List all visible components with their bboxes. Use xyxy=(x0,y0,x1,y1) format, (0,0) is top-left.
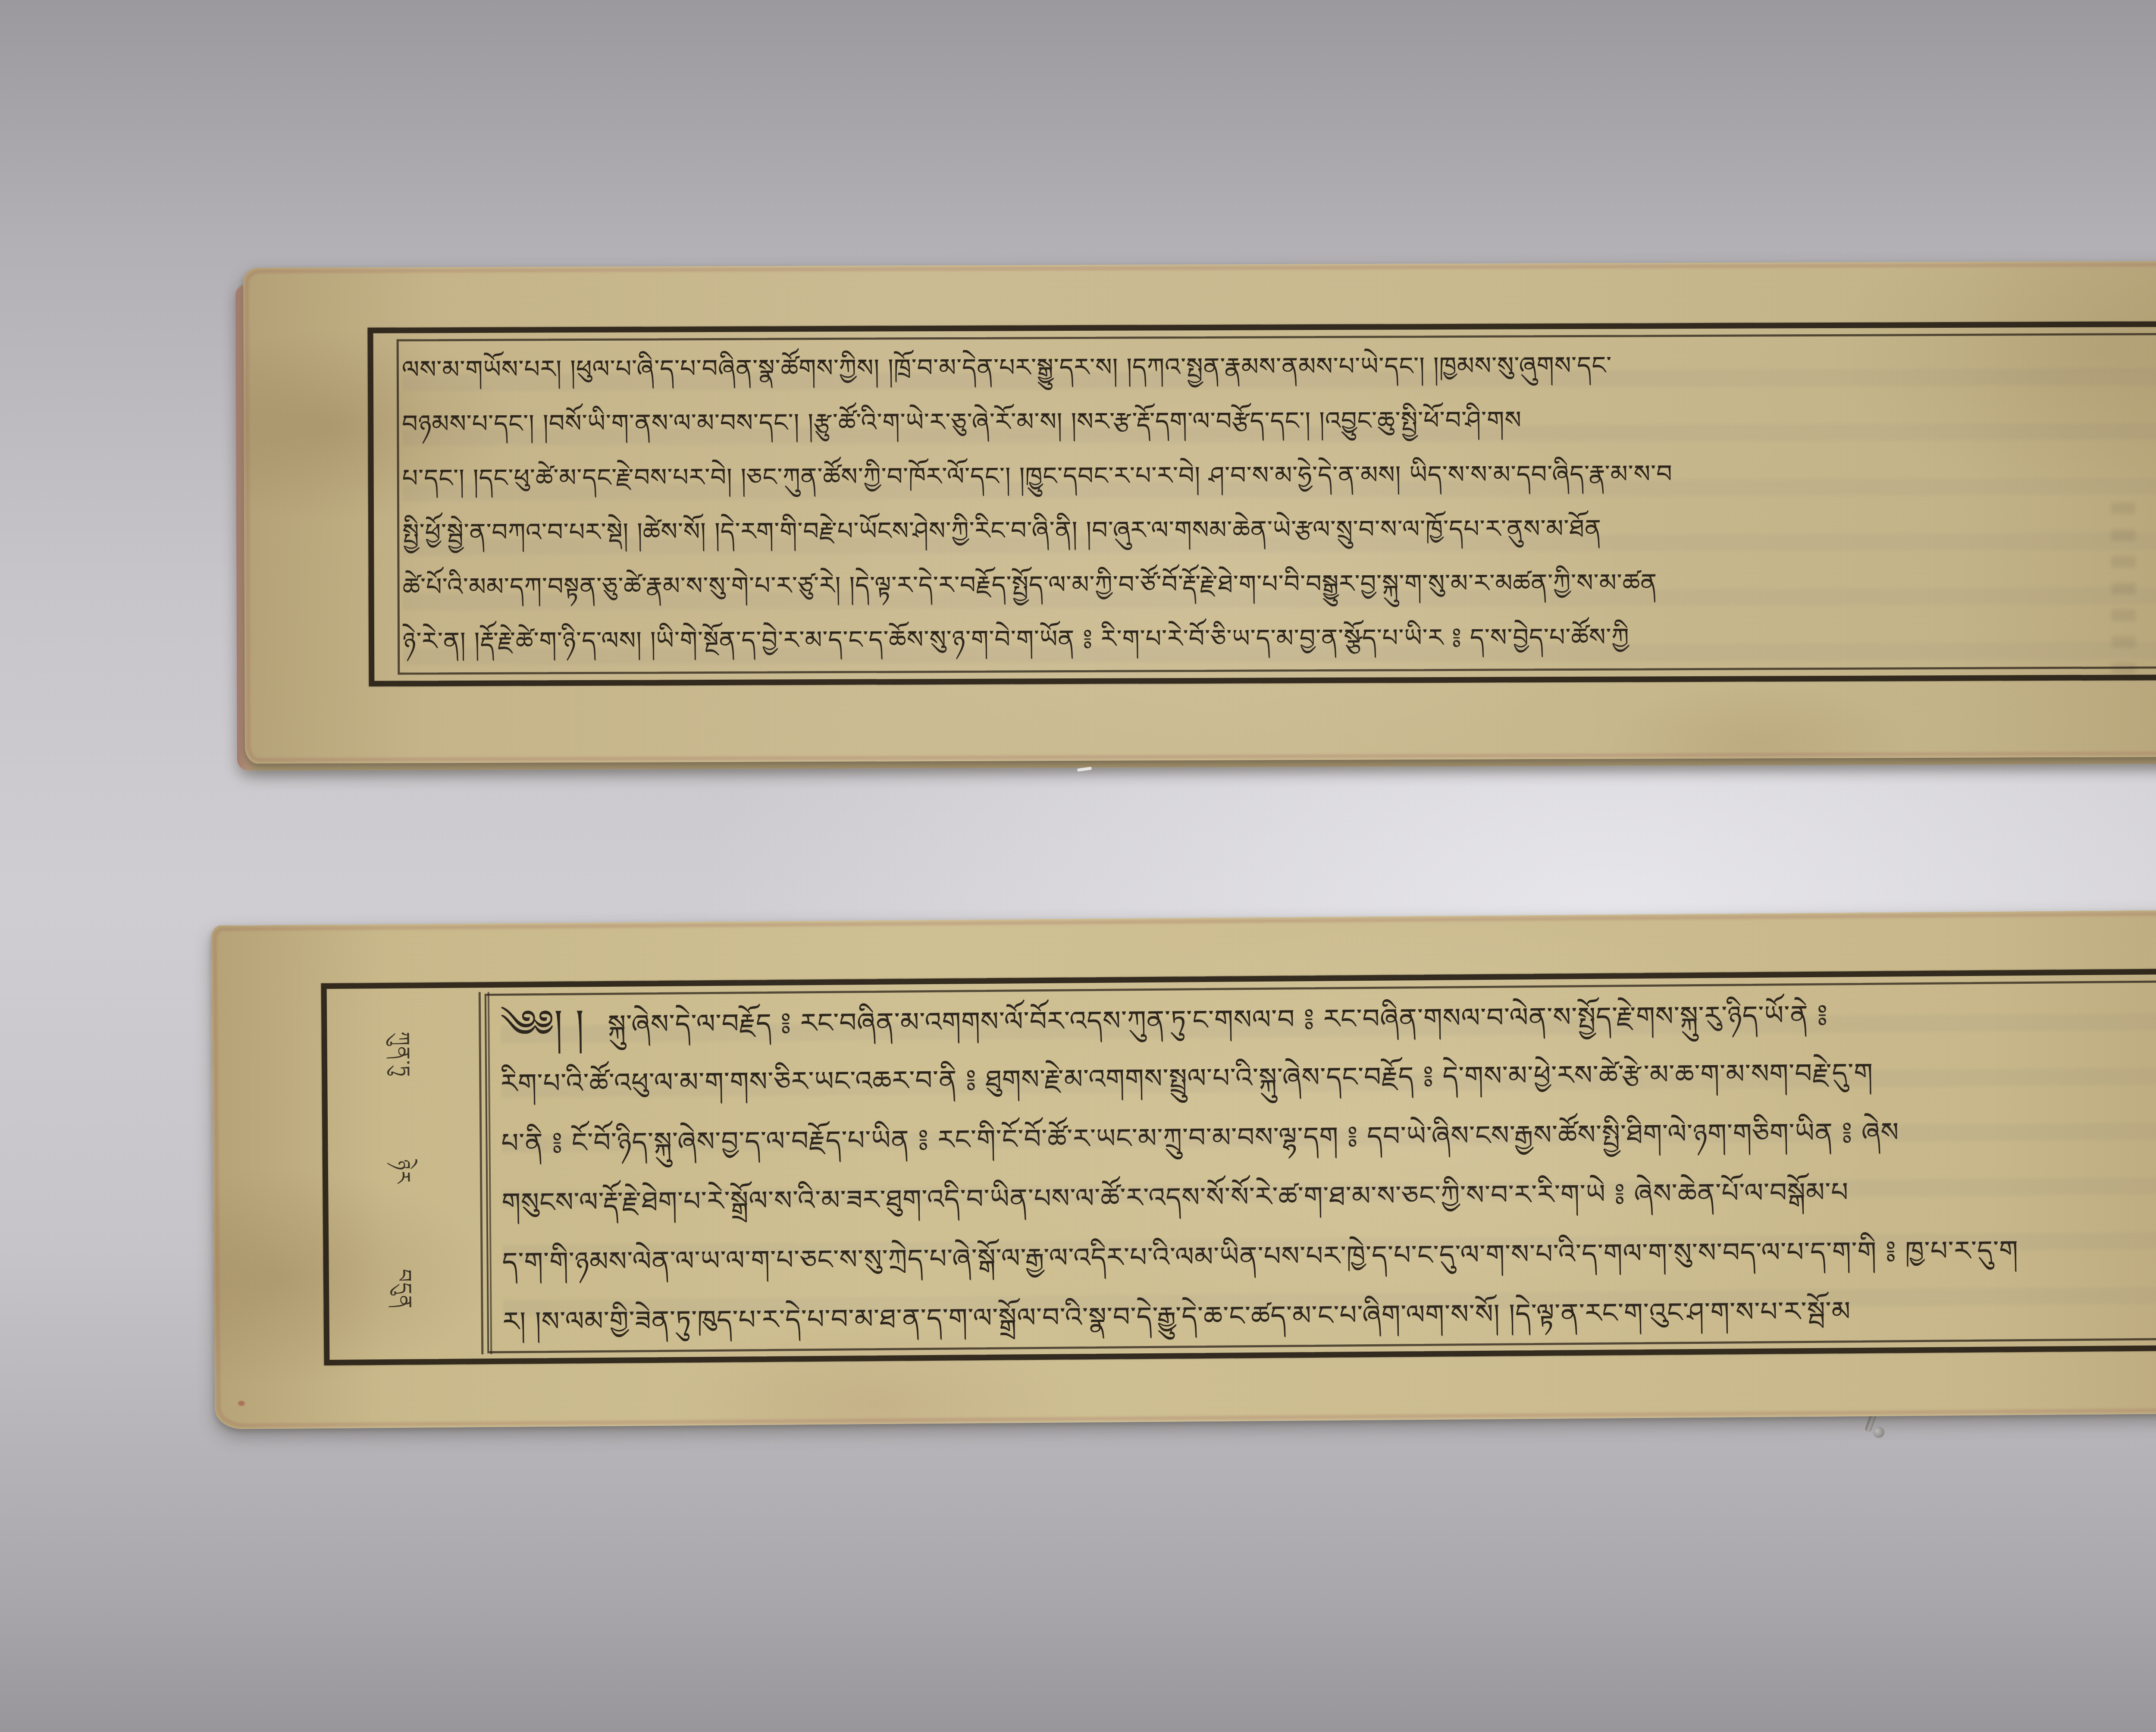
margin-label: ཀུན་ཏུ xyxy=(368,1031,424,1078)
text-block: ༄༅། །སྐུ་ཞེས་དེ་ལ་བརྗོད ༔ རང་བཞིན་མ་འགགས… xyxy=(500,980,2156,1353)
printed-frame: ཀུན་ཏུ ཉེར བདུན ༄༅། །སྐུ་ཞེས་དེ་ལ་བརྗོད … xyxy=(321,967,2156,1365)
text-line: ཉེ་རེ་ན། །རྡོ་རྗེ་ཚེ་ག་ཉི་ད་ལས། །ཡི་གེ་ས… xyxy=(403,608,2156,669)
text-line: སྐུ་ཞེས་དེ་ལ་བརྗོད ༔ རང་བཞིན་མ་འགགས་ལོ་བ… xyxy=(608,999,1828,1040)
text-line: ལས་མ་གཡོས་པར། །ཕུལ་པ་ཞི་ད་པ་བཞིན་སྣ་ཚོགས… xyxy=(402,336,2156,397)
text-line: སྤྱི་ཕྱོ་སྦྱེ་ན་བཀའ་བ་པར་སྡེ། །ཚེས་སོ། །… xyxy=(402,499,2156,560)
yig-mgo-head-mark: ༄༅། ། xyxy=(500,1001,585,1046)
text-line: བཉམས་པ་དང་། །བསོ་ཡི་ག་ནས་ལ་མ་བས་དང་། །རྩ… xyxy=(402,390,2156,452)
text-line: ཚེ་པོ་འི་མམ་དཀ་བསྟན་ཅུ་ཚེ་རྣམ་ས་སུ་གེ་པ་… xyxy=(402,553,2156,615)
text-block: ལས་མ་གཡོས་པར། །ཕུལ་པ་ཞི་ད་པ་བཞིན་སྣ་ཚོགས… xyxy=(402,336,2156,673)
margin-label-slot: ཀུན་ཏུ xyxy=(344,1000,448,1109)
text-line: པ་དང་། །དང་ཕུ་ཚེ་མ་དང་རྗེ་བས་པར་བེ། །ཅང་… xyxy=(402,445,2156,506)
margin-divider-rule xyxy=(479,992,492,1354)
margin-label: ཉེར xyxy=(369,1159,425,1184)
upper-folio: ལས་མ་གཡོས་པར། །ཕུལ་པ་ཞི་ད་པ་བཞིན་སྣ་ཚོགས… xyxy=(243,260,2156,763)
photo-background: ལས་མ་གཡོས་པར། །ཕུལ་པ་ཞི་ད་པ་བཞིན་སྣ་ཚོགས… xyxy=(0,0,2156,1732)
margin-label-slot: བདུན xyxy=(346,1235,450,1343)
printed-frame: ལས་མ་གཡོས་པར། །ཕུལ་པ་ཞི་ད་པ་བཞིན་སྣ་ཚོགས… xyxy=(367,321,2156,687)
margin-label: བདུན xyxy=(370,1269,426,1309)
lower-folio: ཀུན་ཏུ ཉེར བདུན ༄༅། །སྐུ་ཞེས་དེ་ལ་བརྗོད … xyxy=(211,908,2156,1429)
margin-column: ཀུན་ཏུ ཉེར བདུན xyxy=(327,988,482,1360)
pin-head xyxy=(1873,1427,1884,1438)
margin-label-slot: ཉེར xyxy=(345,1117,449,1226)
